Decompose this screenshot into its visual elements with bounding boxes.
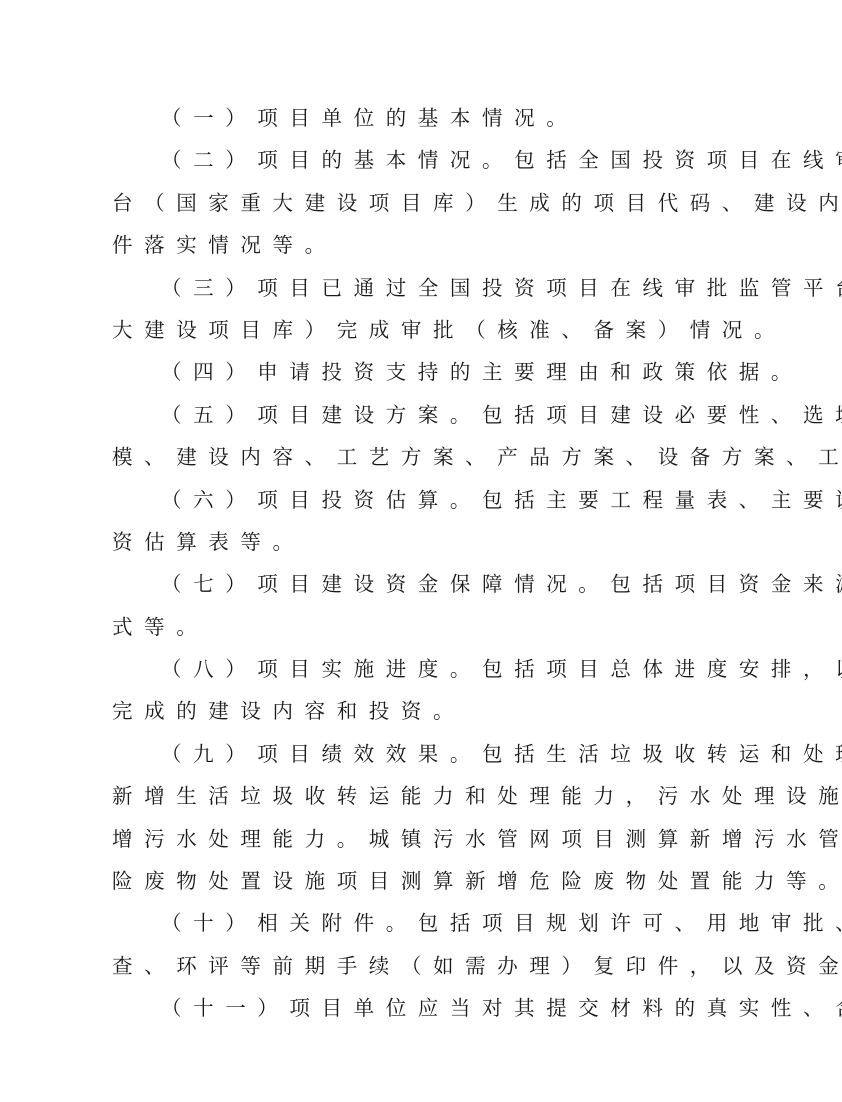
paragraph-line: 大建设项目库）完成审批（核准、备案）情况。 — [112, 309, 730, 351]
paragraph-line: （十）相关附件。包括项目规划许可、用地审批、节能审 — [112, 902, 730, 944]
paragraph-line: （八）项目实施进度。包括项目总体进度安排，以及项目已 — [112, 648, 730, 690]
paragraph-line: 模、建设内容、工艺方案、产品方案、设备方案、工程方案等。 — [112, 436, 730, 478]
paragraph-11: （十一）项目单位应当对其提交材料的真实性、合规性负 — [112, 987, 730, 1029]
paragraph-3: （三）项目已通过全国投资项目在线审批监管平台（国家重 大建设项目库）完成审批（核… — [112, 267, 730, 352]
paragraph-line: （四）申请投资支持的主要理由和政策依据。 — [112, 351, 730, 393]
paragraph-line: （二）项目的基本情况。包括全国投资项目在线审批监管平 — [112, 139, 730, 181]
paragraph-6: （六）项目投资估算。包括主要工程量表、主要设备表、投 资估算表等。 — [112, 479, 730, 564]
document-page: （一）项目单位的基本情况。 （二）项目的基本情况。包括全国投资项目在线审批监管平… — [112, 97, 730, 1030]
paragraph-line: 险废物处置设施项目测算新增危险废物处置能力等。 — [112, 860, 730, 902]
paragraph-line: 增污水处理能力。城镇污水管网项目测算新增污水管网长度，危 — [112, 818, 730, 860]
paragraph-line: （七）项目建设资金保障情况。包括项目资金来源渠道和方 — [112, 563, 730, 605]
paragraph-line: （十一）项目单位应当对其提交材料的真实性、合规性负 — [112, 987, 730, 1029]
paragraph-2: （二）项目的基本情况。包括全国投资项目在线审批监管平 台（国家重大建设项目库）生… — [112, 139, 730, 266]
paragraph-line: 新增生活垃圾收转运能力和处理能力，污水处理设施项目测算新 — [112, 775, 730, 817]
paragraph-10: （十）相关附件。包括项目规划许可、用地审批、节能审 查、环评等前期手续（如需办理… — [112, 902, 730, 987]
paragraph-line: （五）项目建设方案。包括项目建设必要性、选址、建设规 — [112, 394, 730, 436]
paragraph-9: （九）项目绩效效果。包括生活垃圾收转运和处理项目测算 新增生活垃圾收转运能力和处… — [112, 733, 730, 903]
paragraph-line: （一）项目单位的基本情况。 — [112, 97, 730, 139]
paragraph-7: （七）项目建设资金保障情况。包括项目资金来源渠道和方 式等。 — [112, 563, 730, 648]
paragraph-line: （九）项目绩效效果。包括生活垃圾收转运和处理项目测算 — [112, 733, 730, 775]
paragraph-line: 查、环评等前期手续（如需办理）复印件，以及资金到位情况。 — [112, 945, 730, 987]
paragraph-1: （一）项目单位的基本情况。 — [112, 97, 730, 139]
paragraph-line: （六）项目投资估算。包括主要工程量表、主要设备表、投 — [112, 479, 730, 521]
paragraph-line: 台（国家重大建设项目库）生成的项目代码、建设内容、建设条 — [112, 182, 730, 224]
paragraph-line: 资估算表等。 — [112, 521, 730, 563]
paragraph-line: 完成的建设内容和投资。 — [112, 690, 730, 732]
paragraph-5: （五）项目建设方案。包括项目建设必要性、选址、建设规 模、建设内容、工艺方案、产… — [112, 394, 730, 479]
paragraph-line: 件落实情况等。 — [112, 224, 730, 266]
paragraph-4: （四）申请投资支持的主要理由和政策依据。 — [112, 351, 730, 393]
paragraph-line: 式等。 — [112, 606, 730, 648]
paragraph-8: （八）项目实施进度。包括项目总体进度安排，以及项目已 完成的建设内容和投资。 — [112, 648, 730, 733]
paragraph-line: （三）项目已通过全国投资项目在线审批监管平台（国家重 — [112, 267, 730, 309]
